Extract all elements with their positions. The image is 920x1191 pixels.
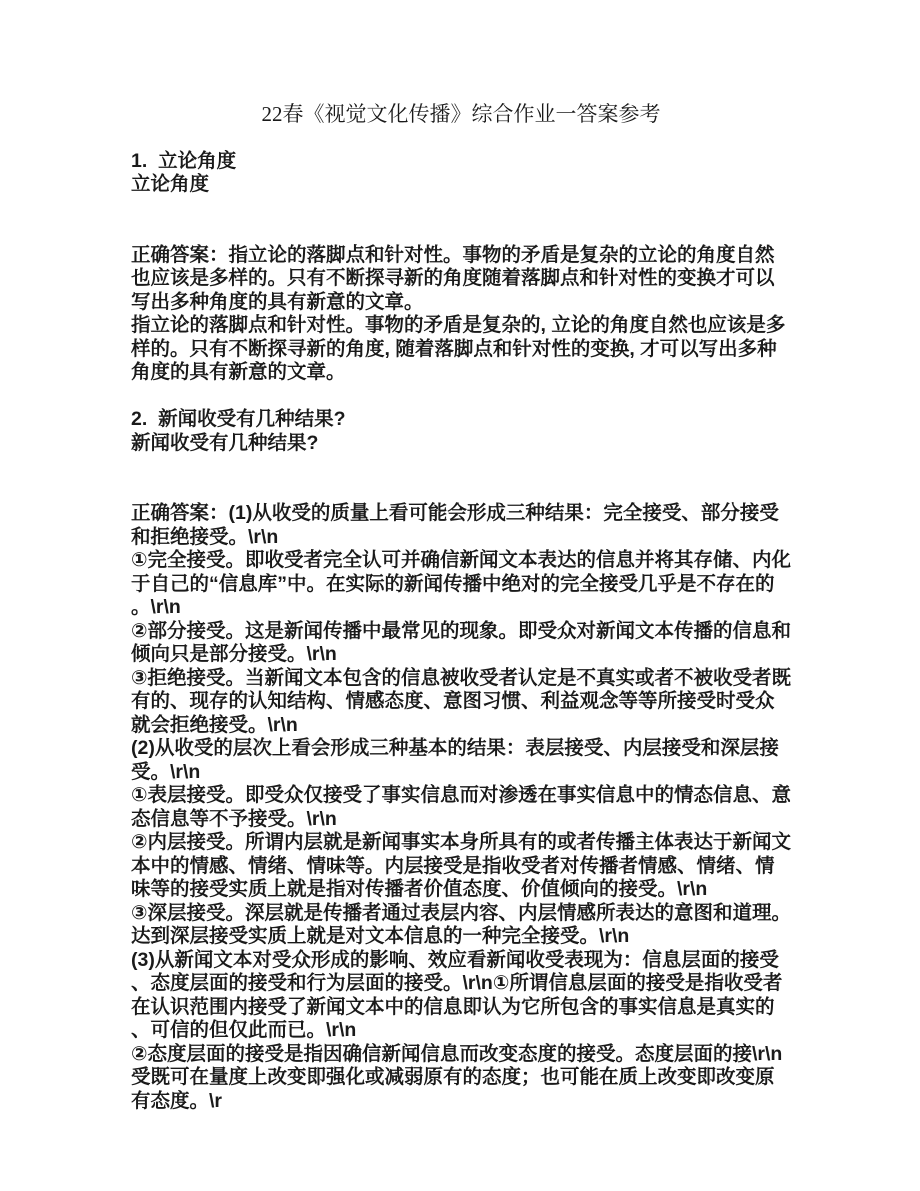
question-2-answer-paragraph: ②部分接受。这是新闻传播中最常见的现象。即受众对新闻文本传播的信息和倾向只是部分… <box>131 620 791 667</box>
blank-lines <box>131 197 791 244</box>
question-2-answer-paragraph: ②内层接受。所谓内层就是新闻事实本身所具有的或者传播主体表达于新闻文本中的情感、… <box>131 831 791 902</box>
question-2-answer-paragraph: ③拒绝接受。当新闻文本包含的信息被收受者认定是不真实或者不被收受者既有的、现存的… <box>131 667 791 738</box>
question-2-answer-paragraph: (3)从新闻文本对受众形成的影响、效应看新闻收受表现为：信息层面的接受、态度层面… <box>131 949 791 1043</box>
blank-line <box>131 126 791 150</box>
blank-lines <box>131 455 791 502</box>
question-2-repeat-line: 新闻收受有几种结果? <box>131 432 791 456</box>
question-2-answer-paragraph: ②态度层面的接受是指因确信新闻信息而改变态度的接受。态度层面的接\r\n受既可在… <box>131 1043 791 1114</box>
question-1-number-line: 1. 立论角度 <box>131 150 791 174</box>
question-2-answer-paragraph: (2)从收受的层次上看会形成三种基本的结果：表层接受、内层接受和深层接受。\r\… <box>131 737 791 784</box>
document-page: 22春《视觉文化传播》综合作业一答案参考 1. 立论角度 立论角度 正确答案：指… <box>0 0 920 1191</box>
question-2-answer-paragraph: 正确答案：(1)从收受的质量上看可能会形成三种结果：完全接受、部分接受和拒绝接受… <box>131 502 791 549</box>
question-2-answer-paragraph: ①表层接受。即受众仅接受了事实信息而对渗透在事实信息中的情态信息、意态信息等不予… <box>131 784 791 831</box>
question-1-answer-paragraph: 正确答案：指立论的落脚点和针对性。事物的矛盾是复杂的立论的角度自然也应该是多样的… <box>131 244 791 315</box>
document-title: 22春《视觉文化传播》综合作业一答案参考 <box>131 102 791 126</box>
question-1-answer-paragraph: 指立论的落脚点和针对性。事物的矛盾是复杂的, 立论的角度自然也应该是多样的。只有… <box>131 314 791 385</box>
question-1-repeat-line: 立论角度 <box>131 173 791 197</box>
blank-line <box>131 385 791 409</box>
question-2-answer-paragraph: ③深层接受。深层就是传播者通过表层内容、内层情感所表达的意图和道理。达到深层接受… <box>131 902 791 949</box>
question-2-number-line: 2. 新闻收受有几种结果? <box>131 408 791 432</box>
question-2-answer-paragraph: ①完全接受。即收受者完全认可并确信新闻文本表达的信息并将其存储、内化于自己的“信… <box>131 549 791 620</box>
